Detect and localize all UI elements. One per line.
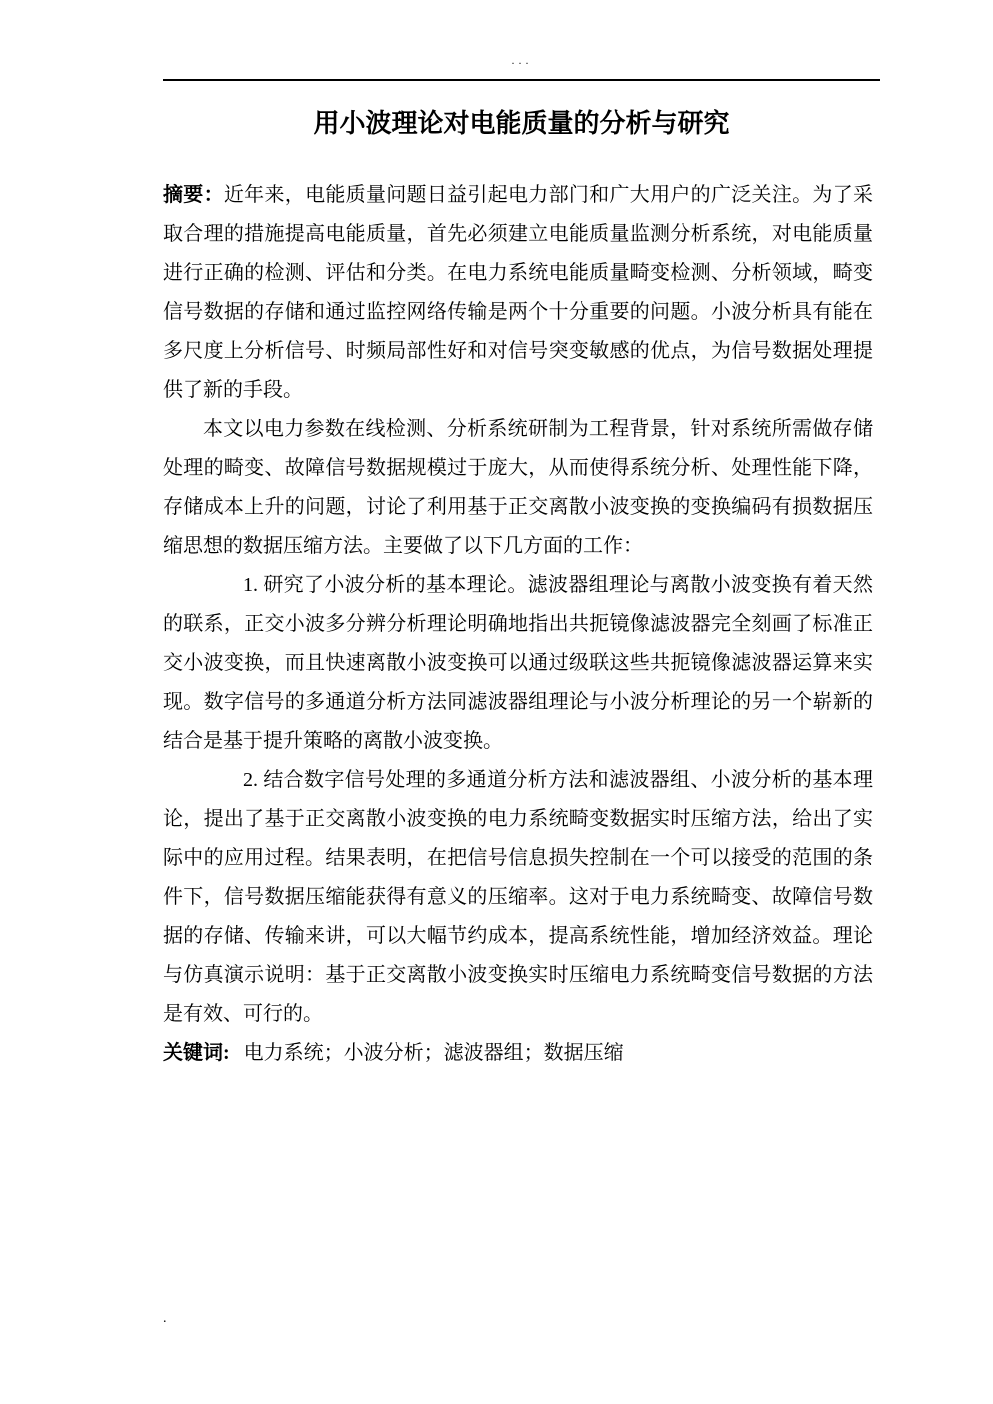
keywords-label: 关键词: xyxy=(163,1042,244,1064)
document-body: 摘要：近年来，电能质量问题日益引起电力部门和广大用户的广泛关注。为了采取合理的措… xyxy=(163,176,873,1073)
header-ellipsis: ··· xyxy=(163,55,880,71)
stray-period-mark: . xyxy=(163,1312,167,1326)
abstract-label: 摘要： xyxy=(163,184,224,206)
document-page: ··· 用小波理论对电能质量的分析与研究 摘要：近年来，电能质量问题日益引起电力… xyxy=(0,0,993,1404)
document-title: 用小波理论对电能质量的分析与研究 xyxy=(163,104,880,144)
keywords-text: 电力系统；小波分析；滤波器组；数据压缩 xyxy=(244,1042,624,1064)
work-item-2-paragraph: 2. 结合数字信号处理的多通道分析方法和滤波器组、小波分析的基本理论，提出了基于… xyxy=(163,761,873,1034)
header-divider-line xyxy=(163,79,880,81)
abstract-text: 近年来，电能质量问题日益引起电力部门和广大用户的广泛关注。为了采取合理的措施提高… xyxy=(163,184,873,401)
intro-paragraph: 本文以电力参数在线检测、分析系统研制为工程背景，针对系统所需做存储处理的畸变、故… xyxy=(163,410,873,566)
abstract-paragraph: 摘要：近年来，电能质量问题日益引起电力部门和广大用户的广泛关注。为了采取合理的措… xyxy=(163,176,873,410)
keywords-line: 关键词:电力系统；小波分析；滤波器组；数据压缩 xyxy=(163,1034,873,1073)
work-item-1-paragraph: 1. 研究了小波分析的基本理论。滤波器组理论与离散小波变换有着天然的联系，正交小… xyxy=(163,566,873,761)
